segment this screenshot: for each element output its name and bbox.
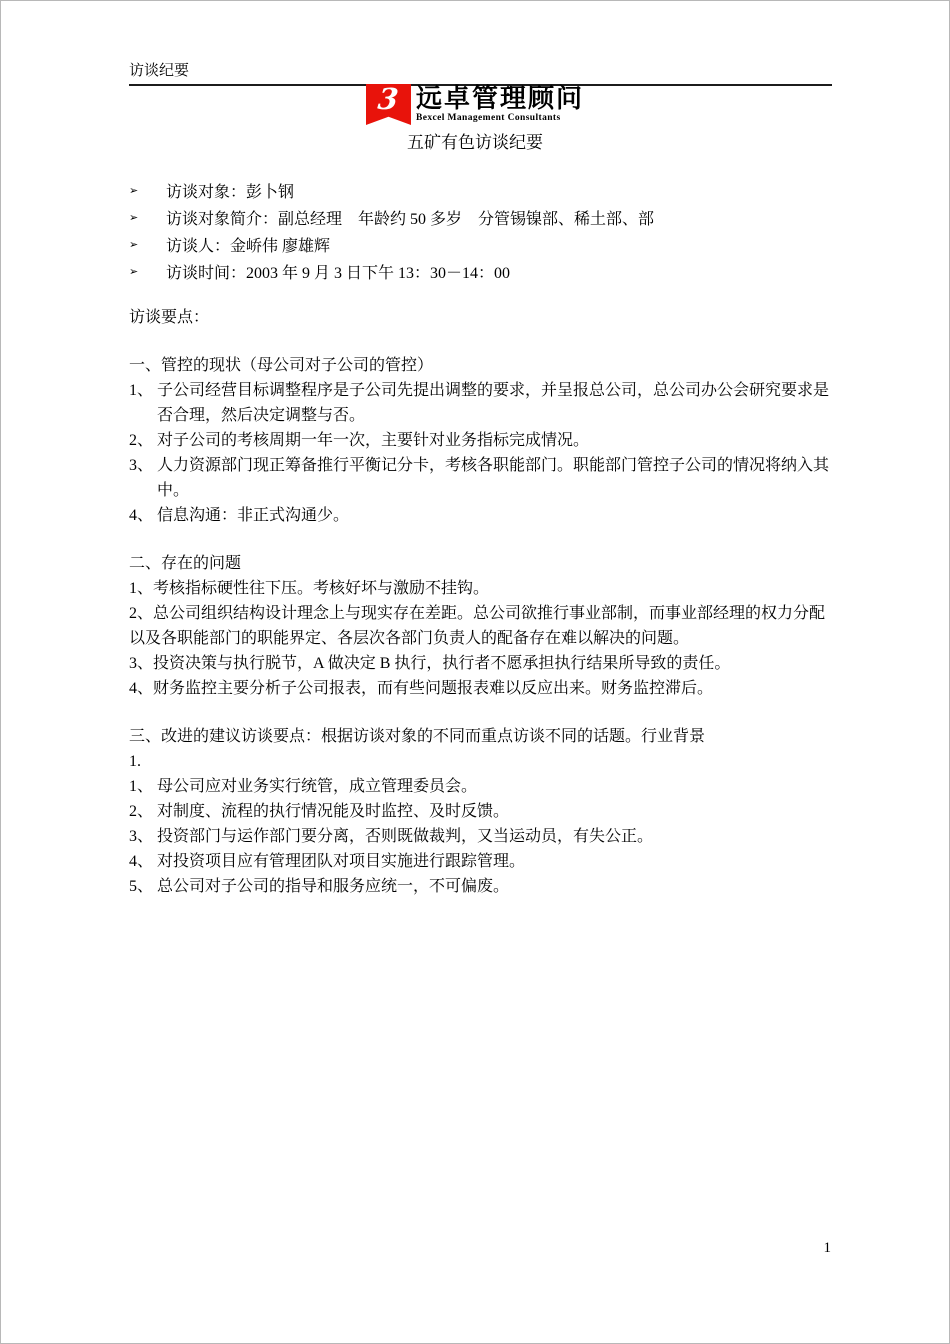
section-item: 2、 对制度、流程的执行情况能及时监控、及时反馈。 (129, 799, 832, 824)
item-text: 对子公司的考核周期一年一次，主要针对业务指标完成情况。 (157, 432, 589, 449)
meta-list-item: ➢访谈对象：彭卜钢 (129, 177, 832, 204)
bexcel-logo-icon: 3 (366, 84, 411, 125)
meta-list-item: ➢访谈对象简介：副总经理 年龄约 50 多岁 分管锡镍部、稀土部、部 (129, 204, 832, 231)
item-number: 1. (129, 753, 141, 770)
section: 一、管控的现状（母公司对子公司的管控）1、 子公司经营目标调整程序是子公司先提出… (129, 353, 832, 528)
meta-list-item-text: 访谈对象：彭卜钢 (166, 179, 294, 202)
item-text: 投资决策与执行脱节，A 做决定 B 执行，执行者不愿承担执行结果所导致的责任。 (153, 655, 730, 672)
section-item: 2、 对子公司的考核周期一年一次，主要针对业务指标完成情况。 (129, 428, 832, 453)
section-item: 3、投资决策与执行脱节，A 做决定 B 执行，执行者不愿承担执行结果所导致的责任… (129, 651, 832, 676)
item-number: 2、 (129, 605, 153, 622)
item-number: 5、 (129, 878, 157, 895)
logo-name-cn: 远卓管理顾问 (416, 86, 584, 112)
item-number: 2、 (129, 432, 157, 449)
section-item: 4、 对投资项目应有管理团队对项目实施进行跟踪管理。 (129, 849, 832, 874)
document-page: 访谈纪要 3 远卓管理顾问 Bexcel Management Consulta… (1, 1, 949, 1343)
section-item: 3、 人力资源部门现正筹备推行平衡记分卡，考核各职能部门。职能部门管控子公司的情… (129, 453, 832, 503)
sections-container: 一、管控的现状（母公司对子公司的管控）1、 子公司经营目标调整程序是子公司先提出… (129, 353, 832, 899)
section: 二、存在的问题1、考核指标硬性往下压。考核好坏与激励不挂钩。2、总公司组织结构设… (129, 551, 832, 701)
item-text: 子公司经营目标调整程序是子公司先提出调整的要求，并呈报总公司，总公司办公会研究要… (157, 382, 829, 424)
section: 三、改进的建议访谈要点：根据访谈对象的不同而重点访谈不同的话题。行业背景1.1、… (129, 724, 832, 899)
item-number: 1、 (129, 382, 157, 399)
item-number: 2、 (129, 803, 157, 820)
section-item: 5、 总公司对子公司的指导和服务应统一，不可偏废。 (129, 874, 832, 899)
section-item: 1、 子公司经营目标调整程序是子公司先提出调整的要求，并呈报总公司，总公司办公会… (129, 378, 832, 428)
item-text: 对投资项目应有管理团队对项目实施进行跟踪管理。 (157, 853, 525, 870)
arrowhead-bullet-icon: ➢ (129, 265, 166, 278)
section-item: 1、 母公司应对业务实行统管，成立管理委员会。 (129, 774, 832, 799)
item-number: 1、 (129, 580, 153, 597)
logo-glyph: 3 (377, 84, 400, 115)
meta-list-item-text: 访谈时间：2003 年 9 月 3 日下午 13：30－14：00 (166, 260, 510, 283)
arrowhead-bullet-icon: ➢ (129, 184, 166, 197)
item-text: 人力资源部门现正筹备推行平衡记分卡，考核各职能部门。职能部门管控子公司的情况将纳… (157, 457, 829, 499)
meta-list-item-text: 访谈对象简介：副总经理 年龄约 50 多岁 分管锡镍部、稀土部、部 (166, 206, 654, 229)
item-number: 4、 (129, 853, 157, 870)
interview-meta-list: ➢访谈对象：彭卜钢➢访谈对象简介：副总经理 年龄约 50 多岁 分管锡镍部、稀土… (129, 177, 832, 285)
section-heading: 一、管控的现状（母公司对子公司的管控） (129, 353, 832, 378)
item-text: 财务监控主要分析子公司报表，而有些问题报表难以反应出来。财务监控滞后。 (153, 680, 713, 697)
section-heading: 二、存在的问题 (129, 551, 832, 576)
item-number: 3、 (129, 457, 157, 474)
section-item: 4、财务监控主要分析子公司报表，而有些问题报表难以反应出来。财务监控滞后。 (129, 676, 832, 701)
document-content: ➢访谈对象：彭卜钢➢访谈对象简介：副总经理 年龄约 50 多岁 分管锡镍部、稀土… (129, 177, 832, 899)
page-number: 1 (824, 1240, 832, 1257)
item-text: 母公司应对业务实行统管，成立管理委员会。 (157, 778, 477, 795)
key-points-label: 访谈要点： (129, 305, 832, 330)
running-header-title: 访谈纪要 (129, 63, 189, 79)
document-title: 五矿有色访谈纪要 (1, 132, 949, 153)
company-logo: 3 远卓管理顾问 Bexcel Management Consultants (1, 84, 949, 125)
section-item: 1、考核指标硬性往下压。考核好坏与激励不挂钩。 (129, 576, 832, 601)
item-number: 1、 (129, 778, 157, 795)
meta-list-item-text: 访谈人：金峤伟 廖雄辉 (166, 233, 330, 256)
section-item: 3、 投资部门与运作部门要分离，否则既做裁判，又当运动员，有失公正。 (129, 824, 832, 849)
item-text: 对制度、流程的执行情况能及时监控、及时反馈。 (157, 803, 509, 820)
item-text: 信息沟通：非正式沟通少。 (157, 507, 349, 524)
item-text: 投资部门与运作部门要分离，否则既做裁判，又当运动员，有失公正。 (157, 828, 653, 845)
running-header: 访谈纪要 (129, 61, 832, 86)
section-heading: 三、改进的建议访谈要点：根据访谈对象的不同而重点访谈不同的话题。行业背景 (129, 724, 832, 749)
meta-list-item: ➢访谈人：金峤伟 廖雄辉 (129, 231, 832, 258)
item-text: 总公司对子公司的指导和服务应统一，不可偏废。 (157, 878, 509, 895)
logo-names: 远卓管理顾问 Bexcel Management Consultants (416, 84, 584, 123)
section-item: 2、总公司组织结构设计理念上与现实存在差距。总公司欲推行事业部制，而事业部经理的… (129, 601, 832, 651)
section-item: 4、 信息沟通：非正式沟通少。 (129, 503, 832, 528)
item-text: 总公司组织结构设计理念上与现实存在差距。总公司欲推行事业部制，而事业部经理的权力… (129, 605, 825, 647)
item-number: 4、 (129, 507, 157, 524)
meta-list-item: ➢访谈时间：2003 年 9 月 3 日下午 13：30－14：00 (129, 258, 832, 285)
arrowhead-bullet-icon: ➢ (129, 211, 166, 224)
arrowhead-bullet-icon: ➢ (129, 238, 166, 251)
item-text: 考核指标硬性往下压。考核好坏与激励不挂钩。 (153, 580, 489, 597)
item-number: 3、 (129, 655, 153, 672)
logo-name-en: Bexcel Management Consultants (416, 113, 561, 123)
section-item: 1. (129, 749, 832, 774)
item-number: 3、 (129, 828, 157, 845)
item-number: 4、 (129, 680, 153, 697)
